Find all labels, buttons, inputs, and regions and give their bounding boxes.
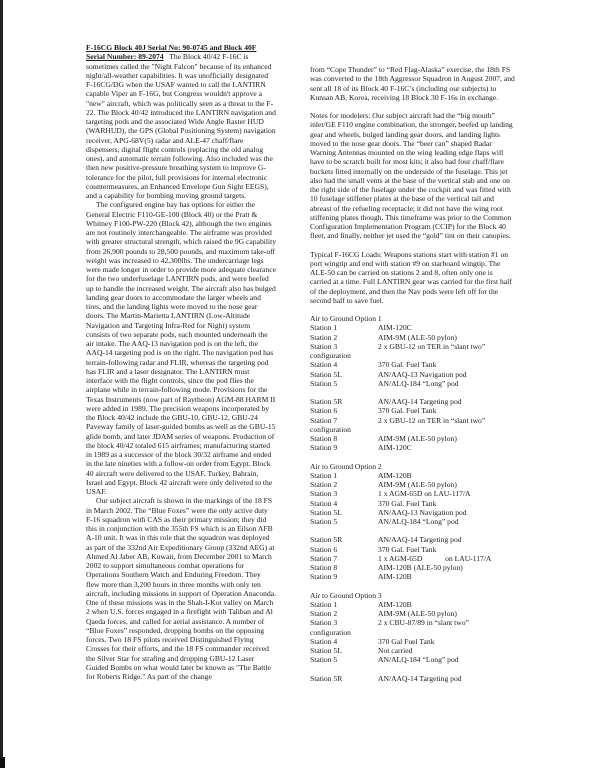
subject-aircraft-paragraph: Our subject aircraft is shown in the mar…	[86, 496, 276, 681]
option-title: Air to Ground Option 3	[310, 591, 515, 600]
station-row: Station 8AIM-120B (ALE-50 pylon)	[310, 563, 515, 572]
station-row: Station 5RAN/AAQ-14 Targeting pod	[310, 397, 515, 406]
station-row: Station 32 x CBU-87/89 in “slant two”	[310, 618, 515, 627]
load-option-1: Air to Ground Option 1 Station 1AIM-120C…	[310, 314, 515, 453]
station-row: Station 9AIM-120B	[310, 572, 515, 581]
typical-loads-paragraph: Typical F-16CG Loads: Weapons stations s…	[310, 250, 515, 306]
station-row: Station 32 x GBU-12 on TER in “slant two…	[310, 342, 515, 351]
station-row: Station 5RAN/AAQ-14 Targeting pod	[310, 535, 515, 544]
aggressor-paragraph: from “Cope Thunder” to “Red Flag-Alaska”…	[310, 65, 515, 102]
station-row: Station 5AN/ALQ-184 “Long” pod	[310, 517, 515, 526]
station-row: Station 6370 Gal. Fuel Tank	[310, 406, 515, 415]
load-option-3: Air to Ground Option 3 Station 1AIM-120B…	[310, 591, 515, 683]
load-option-2: Air to Ground Option 2 Station 1AIM-120B…	[310, 462, 515, 582]
station-row: Station 1AIM-120B	[310, 471, 515, 480]
station-row: Station 5LNot carried	[310, 646, 515, 655]
left-column: F-16CG Block 40J Serial No: 90-0745 and …	[86, 43, 276, 681]
station-row: Station 5LAN/AAQ-13 Navigation pod	[310, 370, 515, 379]
station-row: Station 4370 Gal. Fuel Tank	[310, 360, 515, 369]
station-row-continuation: configuration	[310, 351, 515, 360]
option-title: Air to Ground Option 2	[310, 462, 515, 471]
station-row: Station 8AIM-9M (ALE-50 pylon)	[310, 434, 515, 443]
station-row: Station 4370 Gal. Fuel Tank	[310, 499, 515, 508]
modelers-notes-paragraph: Notes for modelers: Our subject aircraft…	[310, 111, 515, 241]
station-row: Station 5LAN/AAQ-13 Navigation pod	[310, 508, 515, 517]
station-row: Station 72 x GBU-12 on TER in “slant two…	[310, 416, 515, 425]
station-row: Station 5AN/ALQ-184 “Long” pod	[310, 655, 515, 664]
station-row: Station 31 x AGM-65D on LAU-117/A	[310, 489, 515, 498]
option-title: Air to Ground Option 1	[310, 314, 515, 323]
station-row: Station 5AN/ALQ-184 “Long” pod	[310, 379, 515, 388]
station-row-continuation: configuration	[310, 425, 515, 434]
station-row: Station 2AIM-9M (ALE-50 pylon)	[310, 480, 515, 489]
station-row: Station 1AIM-120B	[310, 600, 515, 609]
engine-paragraph: The configured engine bay has options fo…	[86, 200, 276, 496]
station-row: Station 2AIM-9M (ALE-50 pylon)	[310, 609, 515, 618]
intro-paragraph: F-16CG Block 40J Serial No: 90-0745 and …	[86, 43, 276, 200]
scan-edge-shadow	[0, 0, 3, 760]
station-row: Station 6370 Gal. Fuel Tank	[310, 545, 515, 554]
station-row: Station 2AIM-9M (ALE-50 pylon)	[310, 333, 515, 342]
station-row-continuation: configuration	[310, 628, 515, 637]
right-column: from “Cope Thunder” to “Red Flag-Alaska”…	[310, 65, 515, 683]
station-row: Station 1AIM-120C	[310, 323, 515, 332]
intro-text: The Block 40/42 F-16C is sometimes calle…	[86, 52, 276, 200]
station-row: Station 9AIM-120C	[310, 443, 515, 452]
station-row: Station 71 x AGM-65D on LAU-117/A	[310, 554, 515, 563]
scan-edge-mark	[0, 757, 5, 768]
station-row: Station 5RAN/AAQ-14 Targeting pod	[310, 674, 515, 683]
station-row: Station 4370 Gal Fuel Tank	[310, 637, 515, 646]
